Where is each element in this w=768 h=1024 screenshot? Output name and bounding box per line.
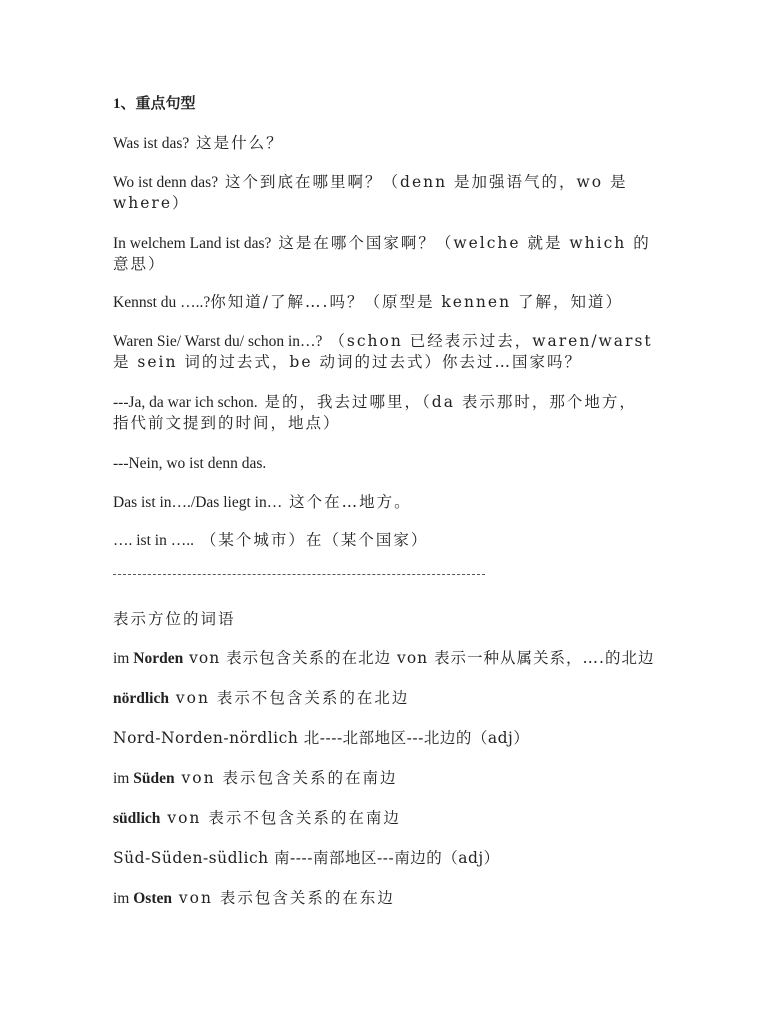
direction-line: Süd-Süden-südlich 南----南部地区---南边的（adj） (113, 848, 653, 869)
german-text: Wo ist denn das? (113, 174, 218, 191)
chinese-text: 这是什么？ (189, 134, 283, 152)
german-text: Waren Sie/ Warst du/ schon in…? (113, 333, 322, 350)
sentence-line: Wo ist denn das? 这个到底在哪里啊？（denn 是加强语气的，w… (113, 172, 653, 214)
direction-line: Nord-Norden-nördlich 北----北部地区---北边的（adj… (113, 728, 653, 749)
direction-keyword: Osten (133, 890, 172, 907)
german-text: …. ist in ….. (113, 532, 194, 549)
german-text: Was ist das? (113, 135, 189, 152)
direction-line: nördlich von 表示不包含关系的在北边 (113, 688, 653, 709)
german-text: Kennst du …..? (113, 294, 210, 311)
direction-keyword: nördlich (113, 690, 169, 707)
sentence-line: …. ist in ….. （某个城市）在（某个国家） (113, 530, 653, 551)
german-text: Das ist in…./Das liegt in… (113, 494, 282, 511)
direction-explanation: von 表示包含关系的在东边 (172, 889, 395, 907)
dashed-separator (113, 574, 485, 575)
direction-keyword: südlich (113, 810, 160, 827)
direction-keyword: Norden (133, 650, 183, 667)
section-heading: 1、重点句型 (113, 94, 653, 115)
direction-prefix: Süd-Süden-südlich 南----南部地区---南边的（adj） (113, 849, 500, 867)
sentence-line: Das ist in…./Das liegt in… 这个在…地方。 (113, 492, 653, 513)
document-page: 1、重点句型 Was ist das? 这是什么？ Wo ist denn da… (0, 0, 768, 1024)
direction-prefix: im (113, 650, 133, 667)
german-text: ---Nein, wo ist denn das. (113, 455, 266, 472)
sentence-line: Kennst du …..?你知道/了解….吗？（原型是 kennen 了解，知… (113, 292, 653, 313)
direction-line: südlich von 表示不包含关系的在南边 (113, 808, 653, 829)
sentence-line: In welchem Land ist das? 这是在哪个国家啊？（welch… (113, 233, 653, 275)
sentence-line: Was ist das? 这是什么？ (113, 133, 653, 154)
german-text: ---Ja, da war ich schon. (113, 394, 258, 411)
sentence-line: Waren Sie/ Warst du/ schon in…? （schon 已… (113, 331, 653, 373)
direction-keyword: Süden (133, 770, 174, 787)
direction-line: im Osten von 表示包含关系的在东边 (113, 888, 653, 909)
direction-prefix: im (113, 770, 133, 787)
direction-line: im Norden von 表示包含关系的在北边 von 表示一种从属关系，….… (113, 648, 673, 669)
direction-explanation: von 表示不包含关系的在南边 (160, 809, 400, 827)
sentence-line: ---Ja, da war ich schon. 是的，我去过哪里，（da 表示… (113, 392, 653, 434)
direction-explanation: von 表示不包含关系的在北边 (169, 689, 409, 707)
section-title: 表示方位的词语 (113, 609, 653, 630)
direction-prefix: im (113, 890, 133, 907)
direction-explanation: von 表示包含关系的在南边 (175, 769, 398, 787)
sentence-line: ---Nein, wo ist denn das. (113, 453, 653, 474)
chinese-text: 你知道/了解….吗？（原型是 kennen 了解，知道） (210, 293, 623, 311)
german-text: In welchem Land ist das? (113, 235, 271, 252)
direction-explanation: von 表示包含关系的在北边 von 表示一种从属关系，….的北边 (183, 649, 654, 667)
chinese-text: 这个在…地方。 (282, 493, 411, 511)
direction-line: im Süden von 表示包含关系的在南边 (113, 768, 653, 789)
chinese-text: （某个城市）在（某个国家） (194, 531, 428, 549)
direction-prefix: Nord-Norden-nördlich 北----北部地区---北边的（adj… (113, 729, 529, 747)
